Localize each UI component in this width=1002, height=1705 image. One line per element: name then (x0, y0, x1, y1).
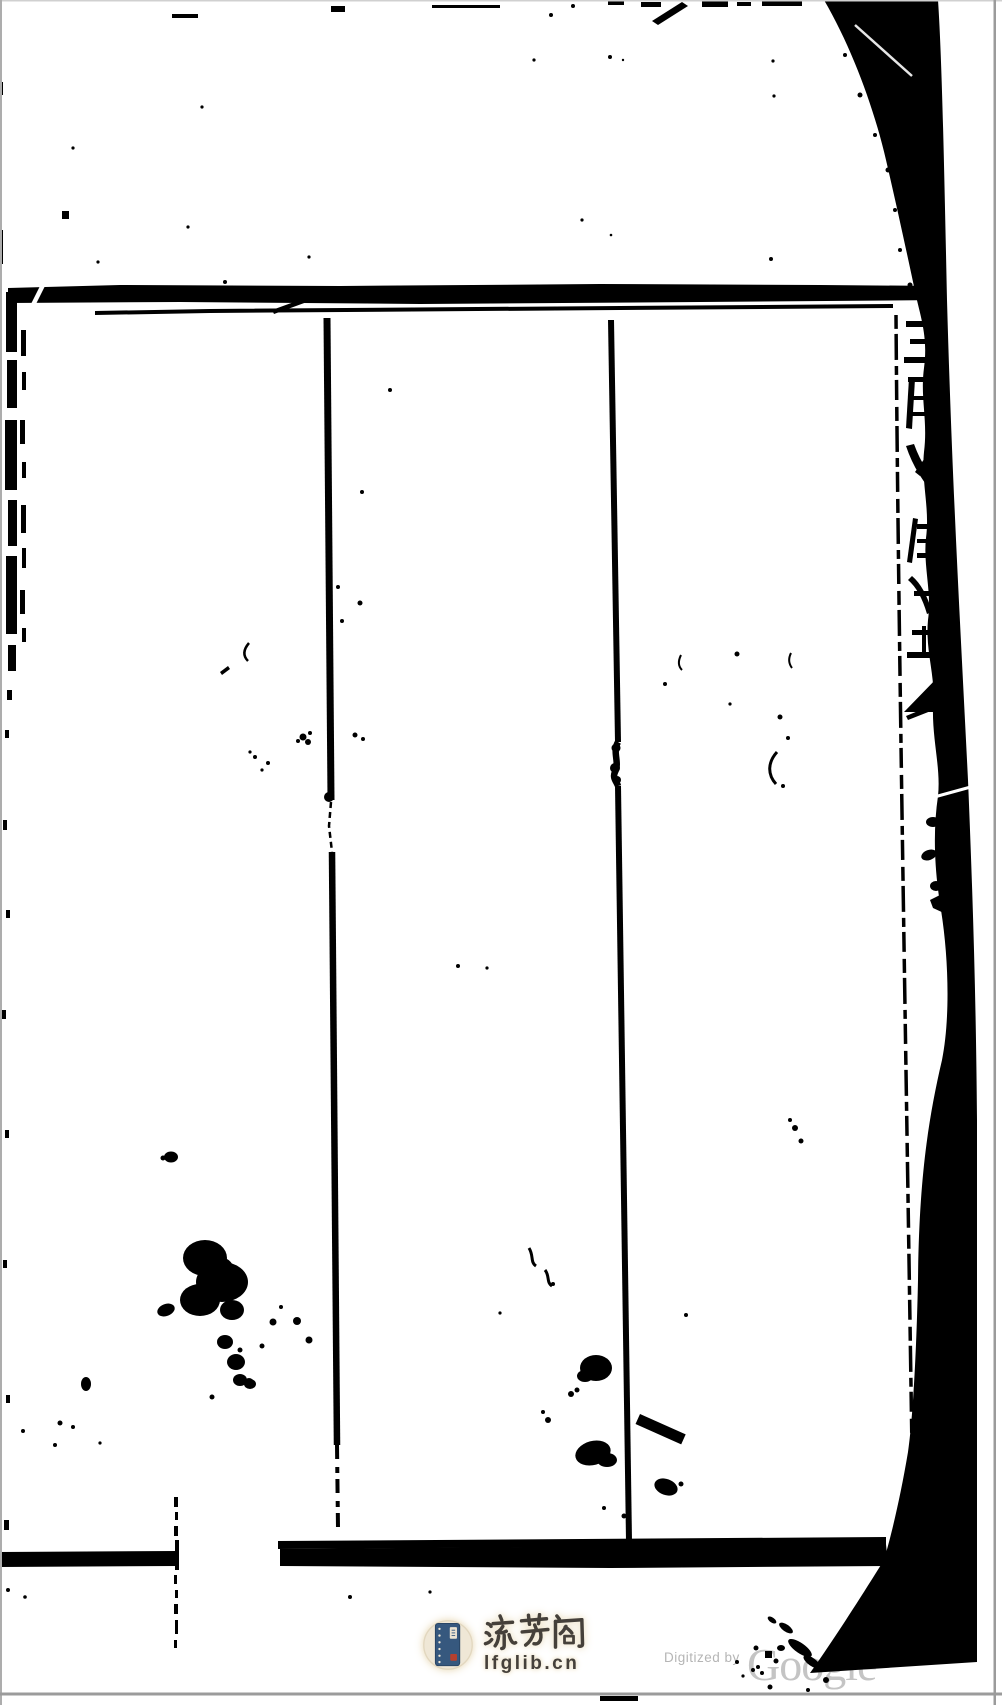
lfglib-logo-icon (422, 1619, 474, 1671)
google-logo: Google (747, 1638, 876, 1691)
watermark-site-url: lfglib.cn (484, 1653, 586, 1675)
watermark-site-name (482, 1613, 586, 1655)
digitizer-credit: Digitized by Google (0, 0, 1002, 1705)
digitized-by-label: Digitized by (664, 1650, 740, 1665)
scanned-page: Digitized by Google (0, 0, 1002, 1705)
lfglib-watermark: lfglib.cn (422, 1613, 586, 1675)
